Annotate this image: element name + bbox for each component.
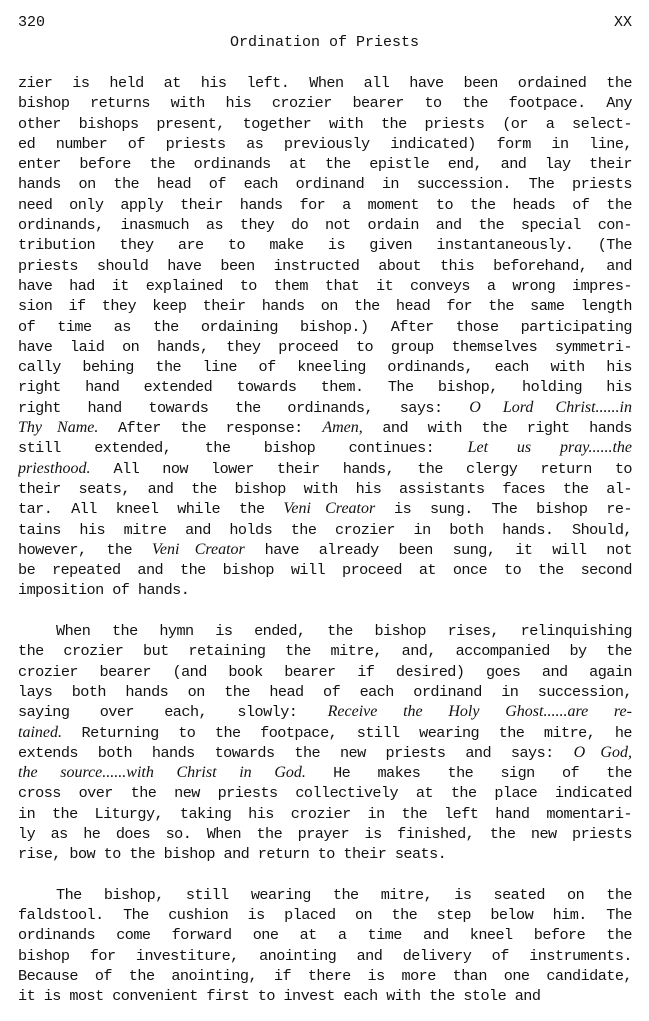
text-line: be repeated and the bishop will proceed … bbox=[18, 560, 632, 580]
text-line: right hand towards the ordinands, says: … bbox=[18, 398, 632, 418]
text: need only apply their hands for a moment… bbox=[18, 196, 632, 214]
text: crozier bearer (and book bearer if desir… bbox=[18, 663, 632, 681]
text-line: tar. All kneel while the Veni Creator is… bbox=[18, 499, 632, 519]
text: tribution they are to make is given inst… bbox=[18, 236, 632, 254]
italic-text: Veni Creator bbox=[283, 500, 375, 517]
text-line: Because of the anointing, if there is mo… bbox=[18, 966, 632, 986]
text: faldstool. The cushion is placed on the … bbox=[18, 906, 632, 924]
text-line: their seats, and the bishop with his ass… bbox=[18, 479, 632, 499]
text-line: tribution they are to make is given inst… bbox=[18, 235, 632, 255]
text: cally behing the line of kneeling ordina… bbox=[18, 358, 632, 376]
text-line: bishop returns with his crozier bearer t… bbox=[18, 93, 632, 113]
text-line: however, the Veni Creator have already b… bbox=[18, 540, 632, 560]
text-line: in the Liturgy, taking his crozier in th… bbox=[18, 804, 632, 824]
text: priests should have been instructed abou… bbox=[18, 257, 632, 275]
text: lays both hands on the head of each ordi… bbox=[18, 683, 632, 701]
text: tains his mitre and holds the crozier in… bbox=[18, 521, 632, 539]
text: He makes the sign of the bbox=[306, 764, 632, 782]
italic-text: Let us pray......the bbox=[468, 439, 632, 456]
text: have laid on hands, they proceed to grou… bbox=[18, 338, 632, 356]
text: ed number of priests as previously indic… bbox=[18, 135, 632, 153]
text: zier is held at his left. When all have … bbox=[18, 74, 632, 92]
text: saying over each, slowly: bbox=[18, 703, 328, 721]
text: in the Liturgy, taking his crozier in th… bbox=[18, 805, 632, 823]
text-line: priesthood. All now lower their hands, t… bbox=[18, 459, 632, 479]
text-line: of time as the ordaining bishop.) After … bbox=[18, 317, 632, 337]
text: All now lower their hands, the clergy re… bbox=[90, 460, 632, 478]
italic-text: the source......with Christ in God. bbox=[18, 764, 306, 781]
text: rise, bow to the bishop and return to th… bbox=[18, 845, 446, 863]
running-title: Ordination of Priests bbox=[0, 34, 649, 51]
text-line: crozier bearer (and book bearer if desir… bbox=[18, 662, 632, 682]
italic-text: O God, bbox=[574, 744, 632, 761]
page-number: 320 bbox=[18, 14, 45, 31]
text: the crozier but retaining the mitre, and… bbox=[18, 642, 632, 660]
text-line: lays both hands on the head of each ordi… bbox=[18, 682, 632, 702]
italic-text: Thy Name. bbox=[18, 419, 98, 436]
text-line: enter before the ordinands at the epistl… bbox=[18, 154, 632, 174]
text-line: other bishops present, together with the… bbox=[18, 114, 632, 134]
text: bishop for investiture, anointing and de… bbox=[18, 947, 632, 965]
text: hands on the head of each ordinand in su… bbox=[18, 175, 632, 193]
text: After the response: bbox=[98, 419, 322, 437]
text-line: When the hymn is ended, the bishop rises… bbox=[18, 621, 632, 641]
italic-text: tained. bbox=[18, 724, 62, 741]
text: however, the bbox=[18, 541, 152, 559]
text: sion if they keep their hands on the hea… bbox=[18, 297, 632, 315]
text: ordinands, inasmuch as they do not ordai… bbox=[18, 216, 632, 234]
text: have already been sung, it will not bbox=[245, 541, 632, 559]
italic-text: Receive the Holy Ghost......are re- bbox=[328, 703, 632, 720]
text: still extended, the bishop continues: bbox=[18, 439, 468, 457]
text-line: still extended, the bishop continues: Le… bbox=[18, 438, 632, 458]
text-line: The bishop, still wearing the mitre, is … bbox=[18, 885, 632, 905]
italic-text: priesthood. bbox=[18, 460, 90, 477]
text: of time as the ordaining bishop.) After … bbox=[18, 318, 632, 336]
text: and with the right hands bbox=[363, 419, 632, 437]
italic-text: Amen, bbox=[322, 419, 362, 436]
text-line: extends both hands towards the new pries… bbox=[18, 743, 632, 763]
paragraph: The bishop, still wearing the mitre, is … bbox=[18, 885, 632, 1007]
text-line: have laid on hands, they proceed to grou… bbox=[18, 337, 632, 357]
text: ordinands come forward one at a time and… bbox=[18, 926, 632, 944]
text-line: cally behing the line of kneeling ordina… bbox=[18, 357, 632, 377]
text-line: the source......with Christ in God. He m… bbox=[18, 763, 632, 783]
text: right hand towards the ordinands, says: bbox=[18, 399, 469, 417]
text-line: ordinands, inasmuch as they do not ordai… bbox=[18, 215, 632, 235]
text: it is most convenient first to invest ea… bbox=[18, 987, 540, 1005]
text-line: cross over the new priests collectively … bbox=[18, 783, 632, 803]
text: enter before the ordinands at the epistl… bbox=[18, 155, 632, 173]
text-line: need only apply their hands for a moment… bbox=[18, 195, 632, 215]
text-line: ordinands come forward one at a time and… bbox=[18, 925, 632, 945]
chapter-number: XX bbox=[614, 14, 632, 31]
text: tar. All kneel while the bbox=[18, 500, 283, 518]
text: The bishop, still wearing the mitre, is … bbox=[56, 886, 632, 904]
text: be repeated and the bishop will proceed … bbox=[18, 561, 632, 579]
text: When the hymn is ended, the bishop rises… bbox=[56, 622, 632, 640]
text: is sung. The bishop re- bbox=[375, 500, 632, 518]
text: cross over the new priests collectively … bbox=[18, 784, 632, 802]
text-line: Thy Name. After the response: Amen, and … bbox=[18, 418, 632, 438]
text-line: zier is held at his left. When all have … bbox=[18, 73, 632, 93]
text-line: sion if they keep their hands on the hea… bbox=[18, 296, 632, 316]
text: have had it explained to them that it co… bbox=[18, 277, 632, 295]
text-line: saying over each, slowly: Receive the Ho… bbox=[18, 702, 632, 722]
text-line: ly as he does so. When the prayer is fin… bbox=[18, 824, 632, 844]
text-line: bishop for investiture, anointing and de… bbox=[18, 946, 632, 966]
text: right hand extended towards them. The bi… bbox=[18, 378, 632, 396]
text-line: right hand extended towards them. The bi… bbox=[18, 377, 632, 397]
italic-text: Veni Creator bbox=[152, 541, 245, 558]
text: Because of the anointing, if there is mo… bbox=[18, 967, 632, 985]
text: Returning to the footpace, still wearing… bbox=[62, 724, 632, 742]
text: bishop returns with his crozier bearer t… bbox=[18, 94, 632, 112]
text-line: priests should have been instructed abou… bbox=[18, 256, 632, 276]
text-line: have had it explained to them that it co… bbox=[18, 276, 632, 296]
text: their seats, and the bishop with his ass… bbox=[18, 480, 632, 498]
text-line: tains his mitre and holds the crozier in… bbox=[18, 520, 632, 540]
text-line: hands on the head of each ordinand in su… bbox=[18, 174, 632, 194]
paragraph: When the hymn is ended, the bishop rises… bbox=[18, 621, 632, 865]
text: ly as he does so. When the prayer is fin… bbox=[18, 825, 632, 843]
paragraph-gap bbox=[18, 865, 632, 885]
text: imposition of hands. bbox=[18, 581, 189, 599]
italic-text: O Lord Christ......in bbox=[469, 399, 632, 416]
paragraph-gap bbox=[18, 601, 632, 621]
paragraph: zier is held at his left. When all have … bbox=[18, 73, 632, 601]
body-text: zier is held at his left. When all have … bbox=[18, 73, 632, 1007]
text-line: imposition of hands. bbox=[18, 580, 632, 600]
text-line: rise, bow to the bishop and return to th… bbox=[18, 844, 632, 864]
text-line: ed number of priests as previously indic… bbox=[18, 134, 632, 154]
text-line: tained. Returning to the footpace, still… bbox=[18, 723, 632, 743]
text: extends both hands towards the new pries… bbox=[18, 744, 574, 762]
text-line: the crozier but retaining the mitre, and… bbox=[18, 641, 632, 661]
text: other bishops present, together with the… bbox=[18, 115, 632, 133]
text-line: it is most convenient first to invest ea… bbox=[18, 986, 632, 1006]
text-line: faldstool. The cushion is placed on the … bbox=[18, 905, 632, 925]
